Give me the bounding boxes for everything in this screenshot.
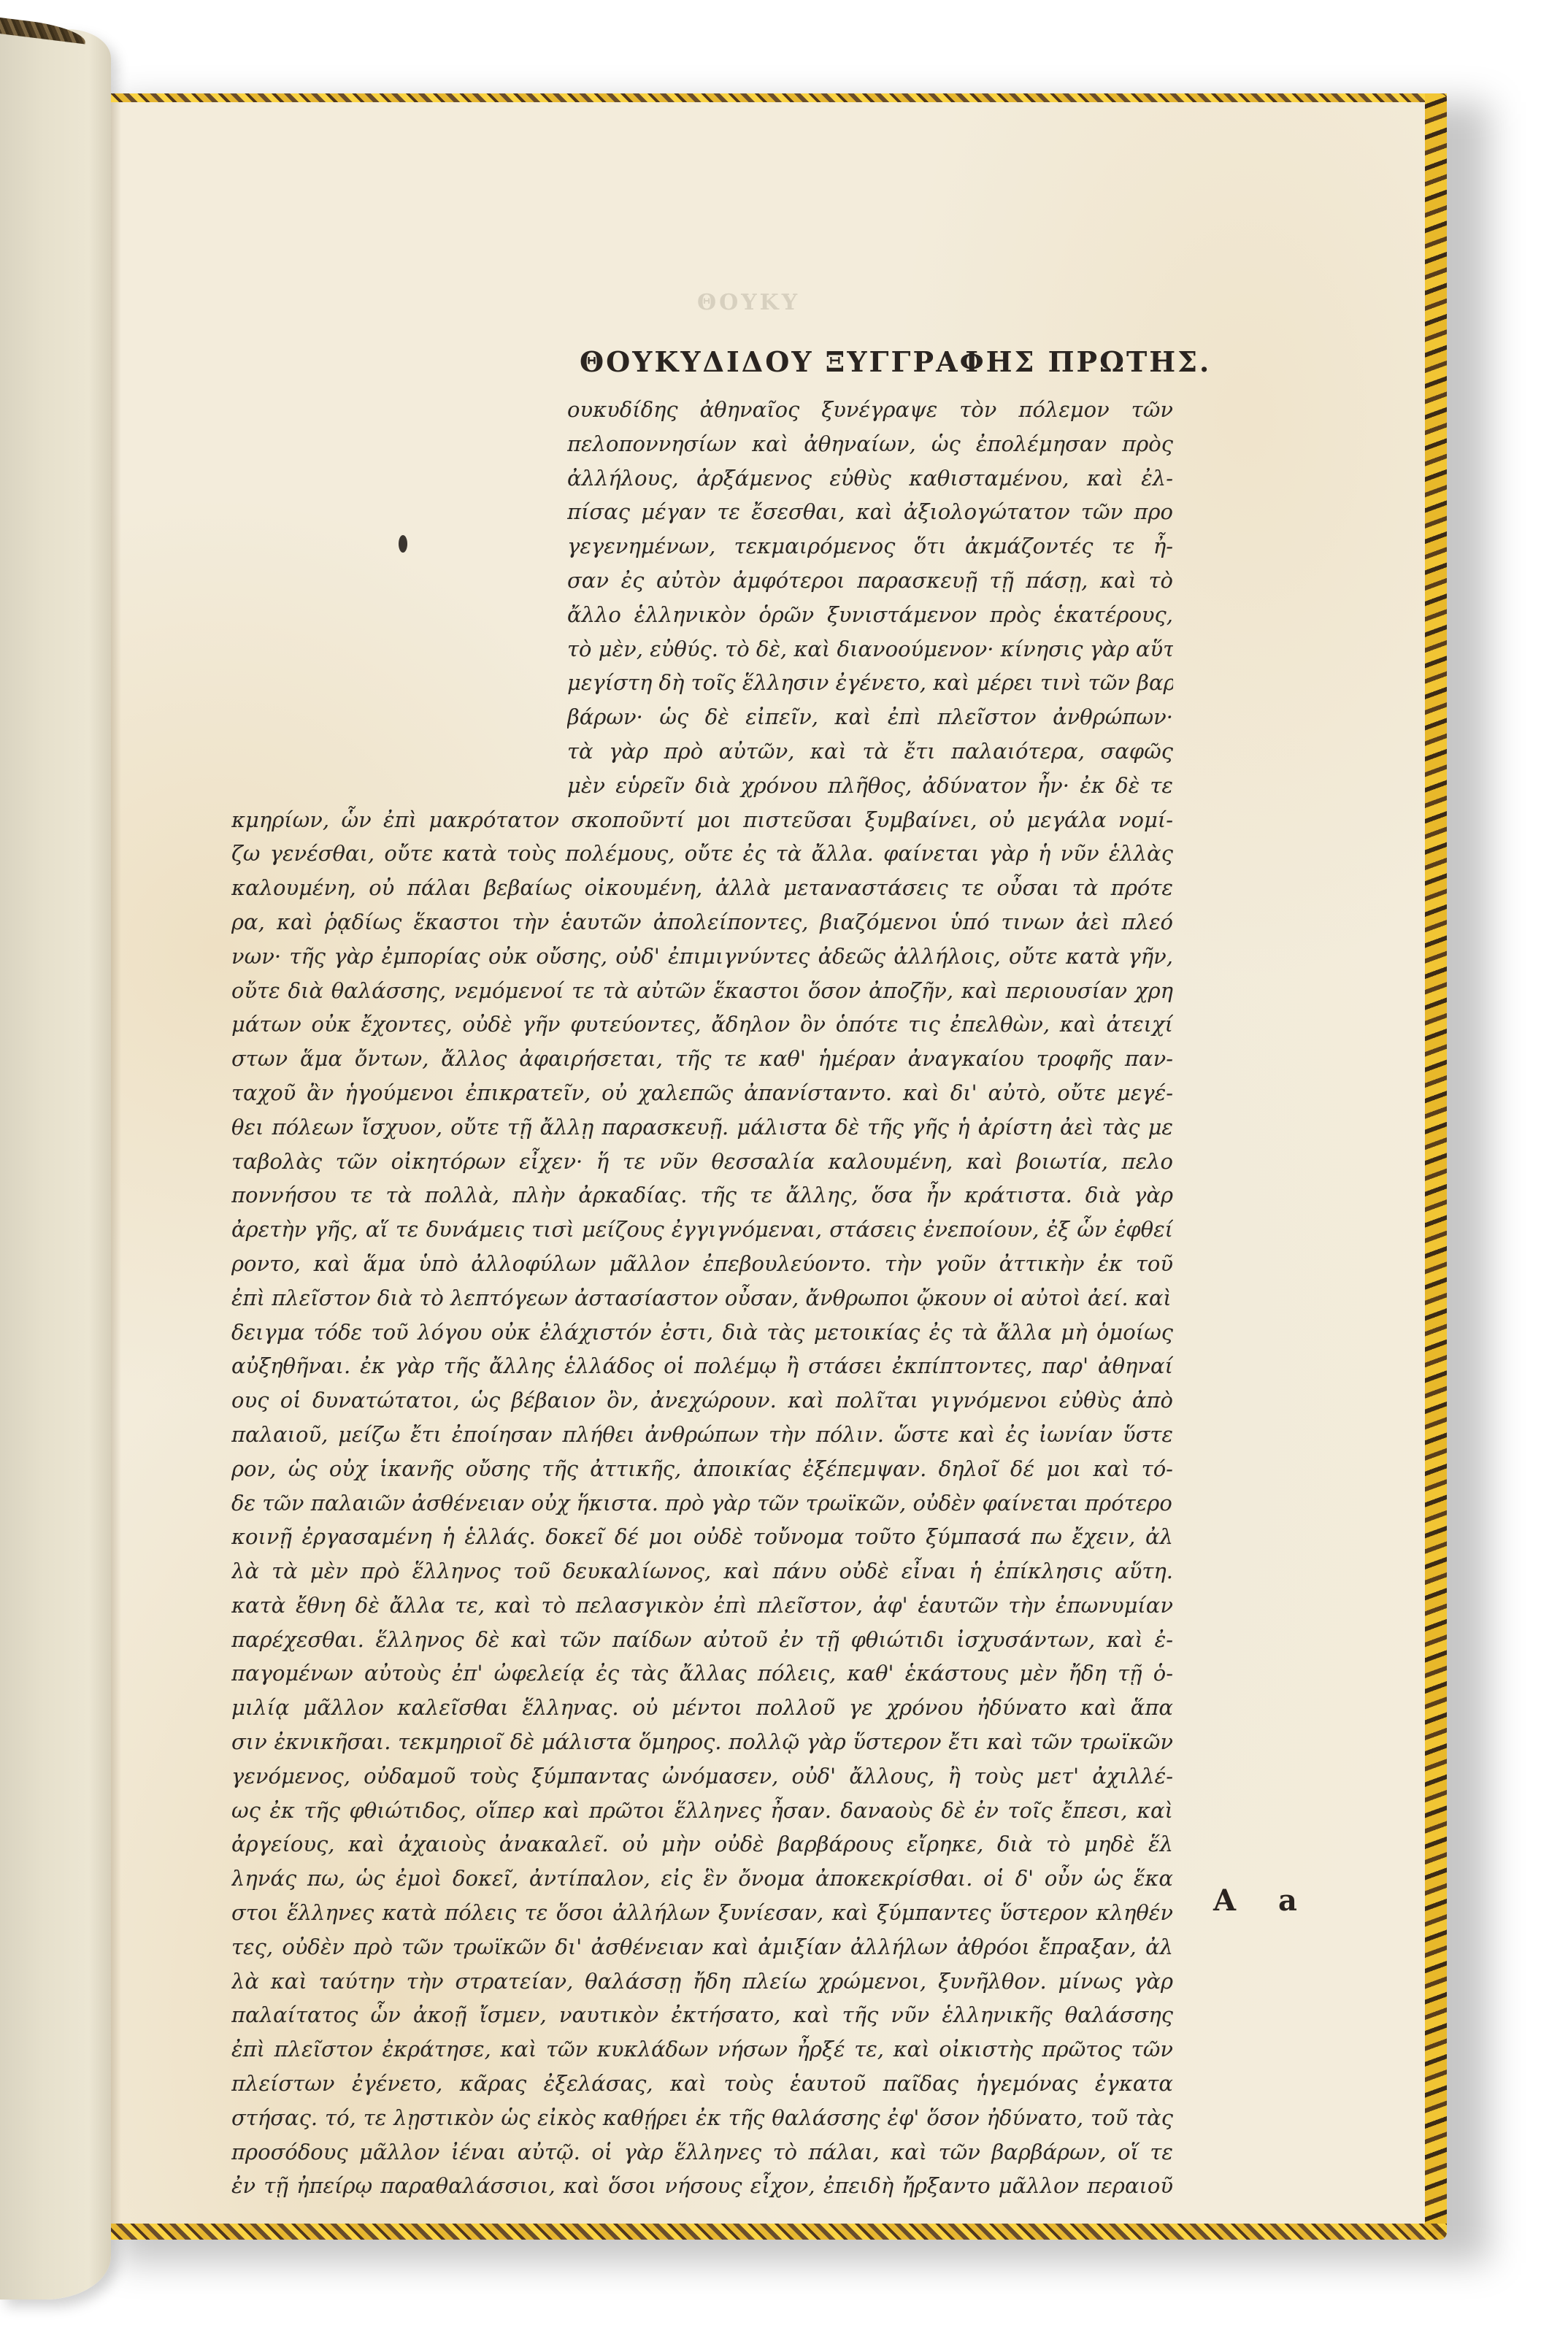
- text-line: ζω γενέσθαι, οὔτε κατὰ τοὺς πολέμους, οὔ…: [231, 837, 1173, 871]
- body-text: ουκυδίδης ἀθηναῖος ξυνέγραψε τὸν πόλεμον…: [231, 393, 1173, 2203]
- gilt-edge-right: [1425, 93, 1447, 2240]
- text-line: ρον, ὡς οὐχ ἱκανῆς οὔσης τῆς ἀττικῆς, ἀπ…: [231, 1452, 1173, 1486]
- text-line: προσόδους μᾶλλον ἰέναι αὐτῷ. οἱ γὰρ ἕλλη…: [231, 2135, 1173, 2170]
- text-line: κατὰ ἔθνη δὲ ἄλλα τε, καὶ τὸ πελασγικὸν …: [231, 1588, 1173, 1623]
- gilt-edge-top: [111, 93, 1447, 102]
- text-line: πλείστων ἐγένετο, κᾶρας ἐξελάσας, καὶ το…: [231, 2067, 1173, 2101]
- text-line: μιλίᾳ μᾶλλον καλεῖσθαι ἕλληνας. οὐ μέντο…: [231, 1691, 1173, 1725]
- text-line: μὲν εὑρεῖν διὰ χρόνου πλῆθος, ἀδύνατον ἦ…: [567, 769, 1173, 803]
- text-line: παλαίτατος ὧν ἀκοῇ ἴσμεν, ναυτικὸν ἐκτήσ…: [231, 1998, 1173, 2032]
- text-line: ροντο, καὶ ἅμα ὑπὸ ἀλλοφύλων μᾶλλον ἐπεβ…: [231, 1247, 1173, 1281]
- text-line: ἄλλο ἑλληνικὸν ὁρῶν ξυνιστάμενον πρὸς ἑκ…: [567, 598, 1173, 632]
- text-line: ἀργείους, καὶ ἀχαιοὺς ἀνακαλεῖ. οὐ μὴν ο…: [231, 1827, 1173, 1861]
- text-line: στων ἅμα ὄντων, ἄλλος ἀφαιρήσεται, τῆς τ…: [231, 1042, 1173, 1076]
- text-line: σαν ἐς αὐτὸν ἀμφότεροι παρασκευῇ τῇ πάσῃ…: [567, 564, 1173, 598]
- text-line: ἐπὶ πλεῖστον διὰ τὸ λεπτόγεων ἀστασίαστο…: [231, 1281, 1173, 1315]
- text-line: παλαιοῦ, μείζω ἔτι ἐποίησαν πλήθει ἀνθρώ…: [231, 1418, 1173, 1452]
- text-line: ἐπὶ πλεῖστον ἐκράτησε, καὶ τῶν κυκλάδων …: [231, 2032, 1173, 2067]
- text-line: ταχοῦ ἂν ἡγούμενοι ἐπικρατεῖν, οὐ χαλεπῶ…: [231, 1076, 1173, 1110]
- text-line: οὔτε διὰ θαλάσσης, νεμόμενοί τε τὰ αὐτῶν…: [231, 974, 1173, 1008]
- text-line: παγομένων αὐτοὺς ἐπ' ὠφελείᾳ ἐς τὰς ἄλλα…: [231, 1656, 1173, 1691]
- text-line: λὰ καὶ ταύτην τὴν στρατείαν, θαλάσσῃ ἤδη…: [231, 1964, 1173, 1999]
- text-line: σιν ἐκνικῆσαι. τεκμηριοῖ δὲ μάλιστα ὅμηρ…: [231, 1725, 1173, 1759]
- gilt-edge-bottom: [111, 2224, 1447, 2240]
- text-line: καλουμένη, οὐ πάλαι βεβαίως οἰκουμένη, ἀ…: [231, 871, 1173, 905]
- page-gutter: [111, 102, 121, 2224]
- text-line: δειγμα τόδε τοῦ λόγου οὐκ ἐλάχιστόν ἐστι…: [231, 1315, 1173, 1350]
- signature-mark: A a: [1213, 1883, 1313, 1918]
- text-line: πελοποννησίων καὶ ἀθηναίων, ὡς ἐπολέμησα…: [567, 427, 1173, 461]
- text-line: τὰ γὰρ πρὸ αὐτῶν, καὶ τὰ ἔτι παλαιότερα,…: [567, 734, 1173, 769]
- text-line: ληνάς πω, ὡς ἐμοὶ δοκεῖ, ἀντίπαλον, εἰς …: [231, 1861, 1173, 1896]
- text-line: ἐν τῇ ἠπείρῳ παραθαλάσσιοι, καὶ ὅσοι νήσ…: [231, 2169, 1173, 2203]
- text-line: τὸ μὲν, εὐθύς. τὸ δὲ, καὶ διανοούμενον· …: [567, 632, 1173, 666]
- show-through-text: ΘΟΥΚΥ: [697, 290, 800, 315]
- text-line: θει πόλεων ἴσχυον, οὔτε τῇ ἄλλῃ παρασκευ…: [231, 1110, 1173, 1145]
- text-line: δε τῶν παλαιῶν ἀσθένειαν οὐχ ἥκιστα. πρὸ…: [231, 1486, 1173, 1521]
- text-line: βάρων· ὡς δὲ εἰπεῖν, καὶ ἐπὶ πλεῖστον ἀν…: [567, 700, 1173, 734]
- text-line: ταβολὰς τῶν οἰκητόρων εἶχεν· ἥ τε νῦν θε…: [231, 1145, 1173, 1179]
- text-line: τες, οὐδὲν πρὸ τῶν τρωϊκῶν δι' ἀσθένειαν…: [231, 1930, 1173, 1964]
- text-line: νων· τῆς γὰρ ἐμπορίας οὐκ οὔσης, οὐδ' ἐπ…: [231, 940, 1173, 974]
- text-line: γεγενημένων, τεκμαιρόμενος ὅτι ἀκμάζοντέ…: [567, 529, 1173, 564]
- page-title: ΘΟΥΚΥΔΙΔΟΥ ΞΥΓΓΡΑΦΗΣ ΠΡΩΤΗΣ.: [580, 345, 1211, 378]
- text-line: ως ἐκ τῆς φθιώτιδος, οἵπερ καὶ πρῶτοι ἕλ…: [231, 1794, 1173, 1828]
- text-line: μάτων οὐκ ἔχοντες, οὐδὲ γῆν φυτεύοντες, …: [231, 1007, 1173, 1042]
- text-line: ρα, καὶ ῥᾳδίως ἕκαστοι τὴν ἑαυτῶν ἀπολεί…: [231, 905, 1173, 940]
- left-leaf: [0, 29, 111, 2299]
- text-line: μεγίστη δὴ τοῖς ἕλλησιν ἐγένετο, καὶ μέρ…: [567, 666, 1173, 700]
- text-line: λὰ τὰ μὲν πρὸ ἕλληνος τοῦ δευκαλίωνος, κ…: [231, 1554, 1173, 1588]
- text-line: στήσας. τό, τε λῃστικὸν ὡς εἰκὸς καθῄρει…: [231, 2101, 1173, 2135]
- text-line: κμηρίων, ὧν ἐπὶ μακρότατον σκοποῦντί μοι…: [231, 803, 1173, 837]
- text-line: ἀλλήλους, ἀρξάμενος εὐθὺς καθισταμένου, …: [567, 461, 1173, 496]
- text-line: ἀρετὴν γῆς, αἵ τε δυνάμεις τισὶ μείζους …: [231, 1213, 1173, 1247]
- text-line: παρέχεσθαι. ἕλληνος δὲ καὶ τῶν παίδων αὐ…: [231, 1623, 1173, 1657]
- text-line: ποννήσου τε τὰ πολλὰ, πλὴν ἀρκαδίας. τῆς…: [231, 1178, 1173, 1213]
- text-line: κοινῇ ἐργασαμένη ἡ ἑλλάς. δοκεῖ δέ μοι ο…: [231, 1520, 1173, 1554]
- text-line: γενόμενος, οὐδαμοῦ τοὺς ξύμπαντας ὠνόμασ…: [231, 1759, 1173, 1794]
- text-line: πίσας μέγαν τε ἔσεσθαι, καὶ ἀξιολογώτατο…: [567, 495, 1173, 529]
- text-line: αὐξηθῆναι. ἐκ γὰρ τῆς ἄλλης ἑλλάδος οἱ π…: [231, 1349, 1173, 1383]
- text-line: ους οἱ δυνατώτατοι, ὡς βέβαιον ὂν, ἀνεχώ…: [231, 1383, 1173, 1418]
- text-line: στοι ἕλληνες κατὰ πόλεις τε ὅσοι ἀλλήλων…: [231, 1896, 1173, 1930]
- text-line: ουκυδίδης ἀθηναῖος ξυνέγραψε τὸν πόλεμον…: [567, 393, 1173, 427]
